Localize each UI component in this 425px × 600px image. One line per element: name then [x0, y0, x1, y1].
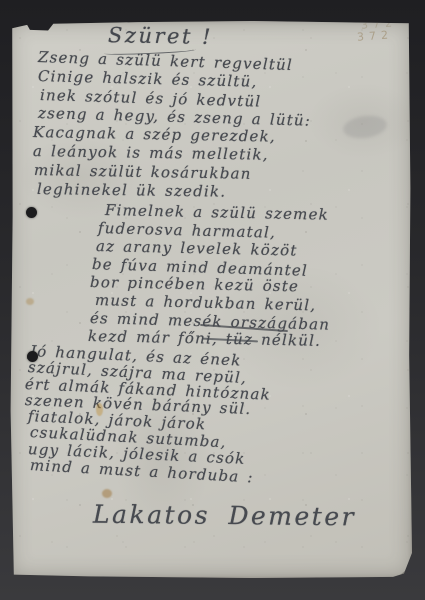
punch-hole-top — [26, 207, 37, 218]
paper-stain — [26, 298, 34, 305]
faint-pencil-smudge — [342, 113, 389, 141]
punch-hole-bottom — [27, 351, 38, 362]
stanza-3: Jó hangulat, és az ének szájrul, szájra … — [25, 343, 271, 473]
paper-stain — [96, 403, 103, 416]
stanza-1: Zseng a szülü kert regveltül Cinige hals… — [33, 48, 311, 198]
stanza-2: Fimelnek a szülü szemek fuderosva harmat… — [88, 201, 330, 345]
author-signature: Lakatos Demeter — [93, 500, 356, 532]
paper-stain — [102, 489, 112, 498]
scan-background: 372 372 Szüret ! Zseng a szülü kert regv… — [0, 0, 425, 600]
corner-fold — [400, 565, 412, 575]
archive-number: 372 — [357, 27, 408, 43]
paper-sheet: 372 372 Szüret ! Zseng a szülü kert regv… — [9, 21, 412, 578]
poem-title: Szüret ! — [108, 23, 213, 49]
poem-line: leghinekel ük szedik. — [37, 180, 311, 203]
